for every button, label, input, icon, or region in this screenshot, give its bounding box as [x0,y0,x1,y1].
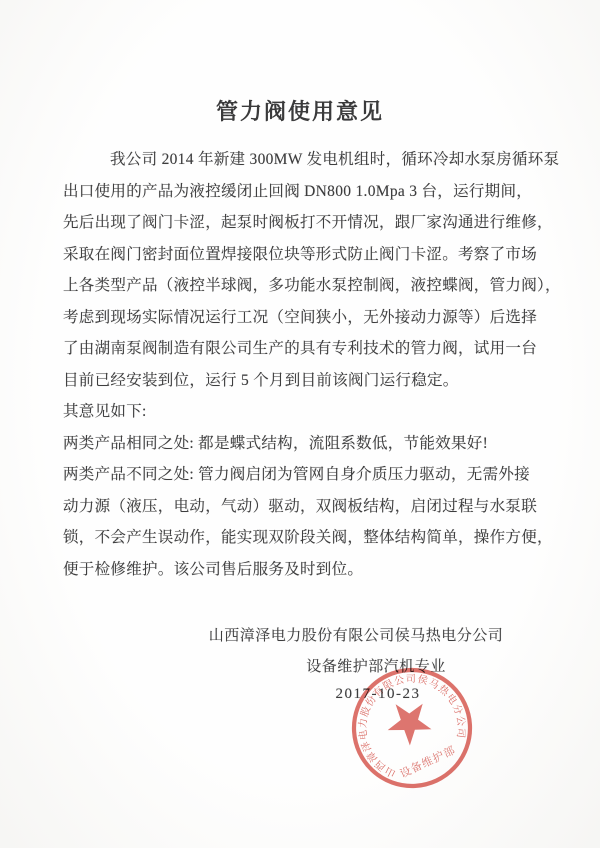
body-line: 上各类型产品（液控半球阀，多功能水泵控制阀，液控蝶阀，管力阀）， [63,270,511,302]
scanned-document-page: 管力阀使用意见 我公司 2014 年新建 300MW 发电机组时，循环冷却水泵房… [0,0,600,848]
body-line: 考虑到现场实际情况运行工况（空间狭小，无外接动力源等）后选择 [63,302,511,334]
body-line: 其意见如下: [63,396,511,428]
document-body: 我公司 2014 年新建 300MW 发电机组时，循环冷却水泵房循环泵 出口使用… [63,144,511,585]
red-seal-stamp: 山西漳泽电力股份有限公司侯马热电分公司 设备维护部 [327,643,497,813]
body-line: 我公司 2014 年新建 300MW 发电机组时，循环冷却水泵房循环泵 [63,144,511,176]
body-line: 出口使用的产品为液控缓闭止回阀 DN800 1.0Mpa 3 台，运行期间， [63,176,511,208]
body-line: 便于检修维护。该公司售后服务及时到位。 [63,554,511,586]
body-line: 锁，不会产生误动作，能实现双阶段关阀，整体结构简单，操作方便， [63,522,511,554]
signature-company: 山西漳泽电力股份有限公司侯马热电分公司 [146,624,566,645]
star-icon [378,691,438,751]
body-line: 采取在阀门密封面位置焊接限位块等形式防止阀门卡涩。考察了市场 [63,239,511,271]
body-line: 了由湖南泵阀制造有限公司生产的具有专利技术的管力阀，试用一台 [63,333,511,365]
body-line: 目前已经安装到位，运行 5 个月到目前该阀门运行稳定。 [63,365,511,397]
body-line: 两类产品不同之处: 管力阀启闭为管网自身介质压力驱动，无需外接 [63,459,511,491]
document-title: 管力阀使用意见 [0,95,600,126]
body-line: 动力源（液压，电动，气动）驱动，双阀板结构，启闭过程与水泵联 [63,491,511,523]
body-line: 先后出现了阀门卡涩，起泵时阀板打不开情况，跟厂家沟通进行维修， [63,207,511,239]
body-line: 两类产品相同之处: 都是蝶式结构，流阻系数低，节能效果好! [63,428,511,460]
